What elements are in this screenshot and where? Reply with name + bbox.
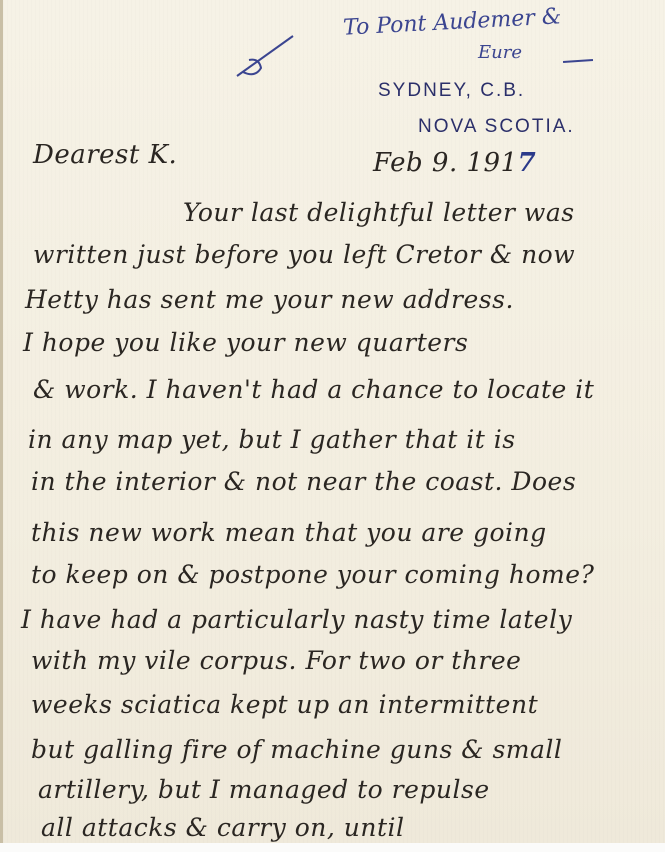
letter-line-14: artillery, but I managed to repulse [38,775,490,804]
letter-line-6: in any map yet, but I gather that it is [28,425,516,454]
annotation-line-2: Eure [478,42,522,63]
letter-line-11: with my vile corpus. For two or three [31,646,521,675]
letterhead-city: SYDNEY, C.B. [378,80,525,102]
letter-line-13: but galling fire of machine guns & small [31,735,562,764]
check-mark-icon [235,32,299,82]
letterhead-province: NOVA SCOTIA. [418,116,575,138]
letter-line-5: & work. I haven't had a chance to locate… [33,375,594,404]
annotation-line-1: To Pont Audemer & [342,4,562,40]
letter-line-9: to keep on & postpone your coming home? [31,560,594,589]
letter-line-15: all attacks & carry on, until [41,813,405,842]
letter-line-1: Your last delightful letter was [183,198,575,227]
letter-line-2: written just before you left Cretor & no… [33,240,575,269]
annotation-dash [563,59,593,63]
letter-line-8: this new work mean that you are going [31,518,547,547]
letter-line-4: I hope you like your new quarters [23,328,468,357]
scan-bottom-edge [0,843,665,852]
letter-line-7: in the interior & not near the coast. Do… [31,467,576,496]
letter-date: Feb 9. 1917 [373,148,536,178]
letter-line-12: weeks sciatica kept up an intermittent [31,690,538,719]
salutation: Dearest K. [33,140,177,170]
letter-line-10: I have had a particularly nasty time lat… [21,605,572,634]
letter-line-3: Hetty has sent me your new address. [25,285,514,314]
letter-page: To Pont Audemer & Eure SYDNEY, C.B. NOVA… [0,0,665,843]
